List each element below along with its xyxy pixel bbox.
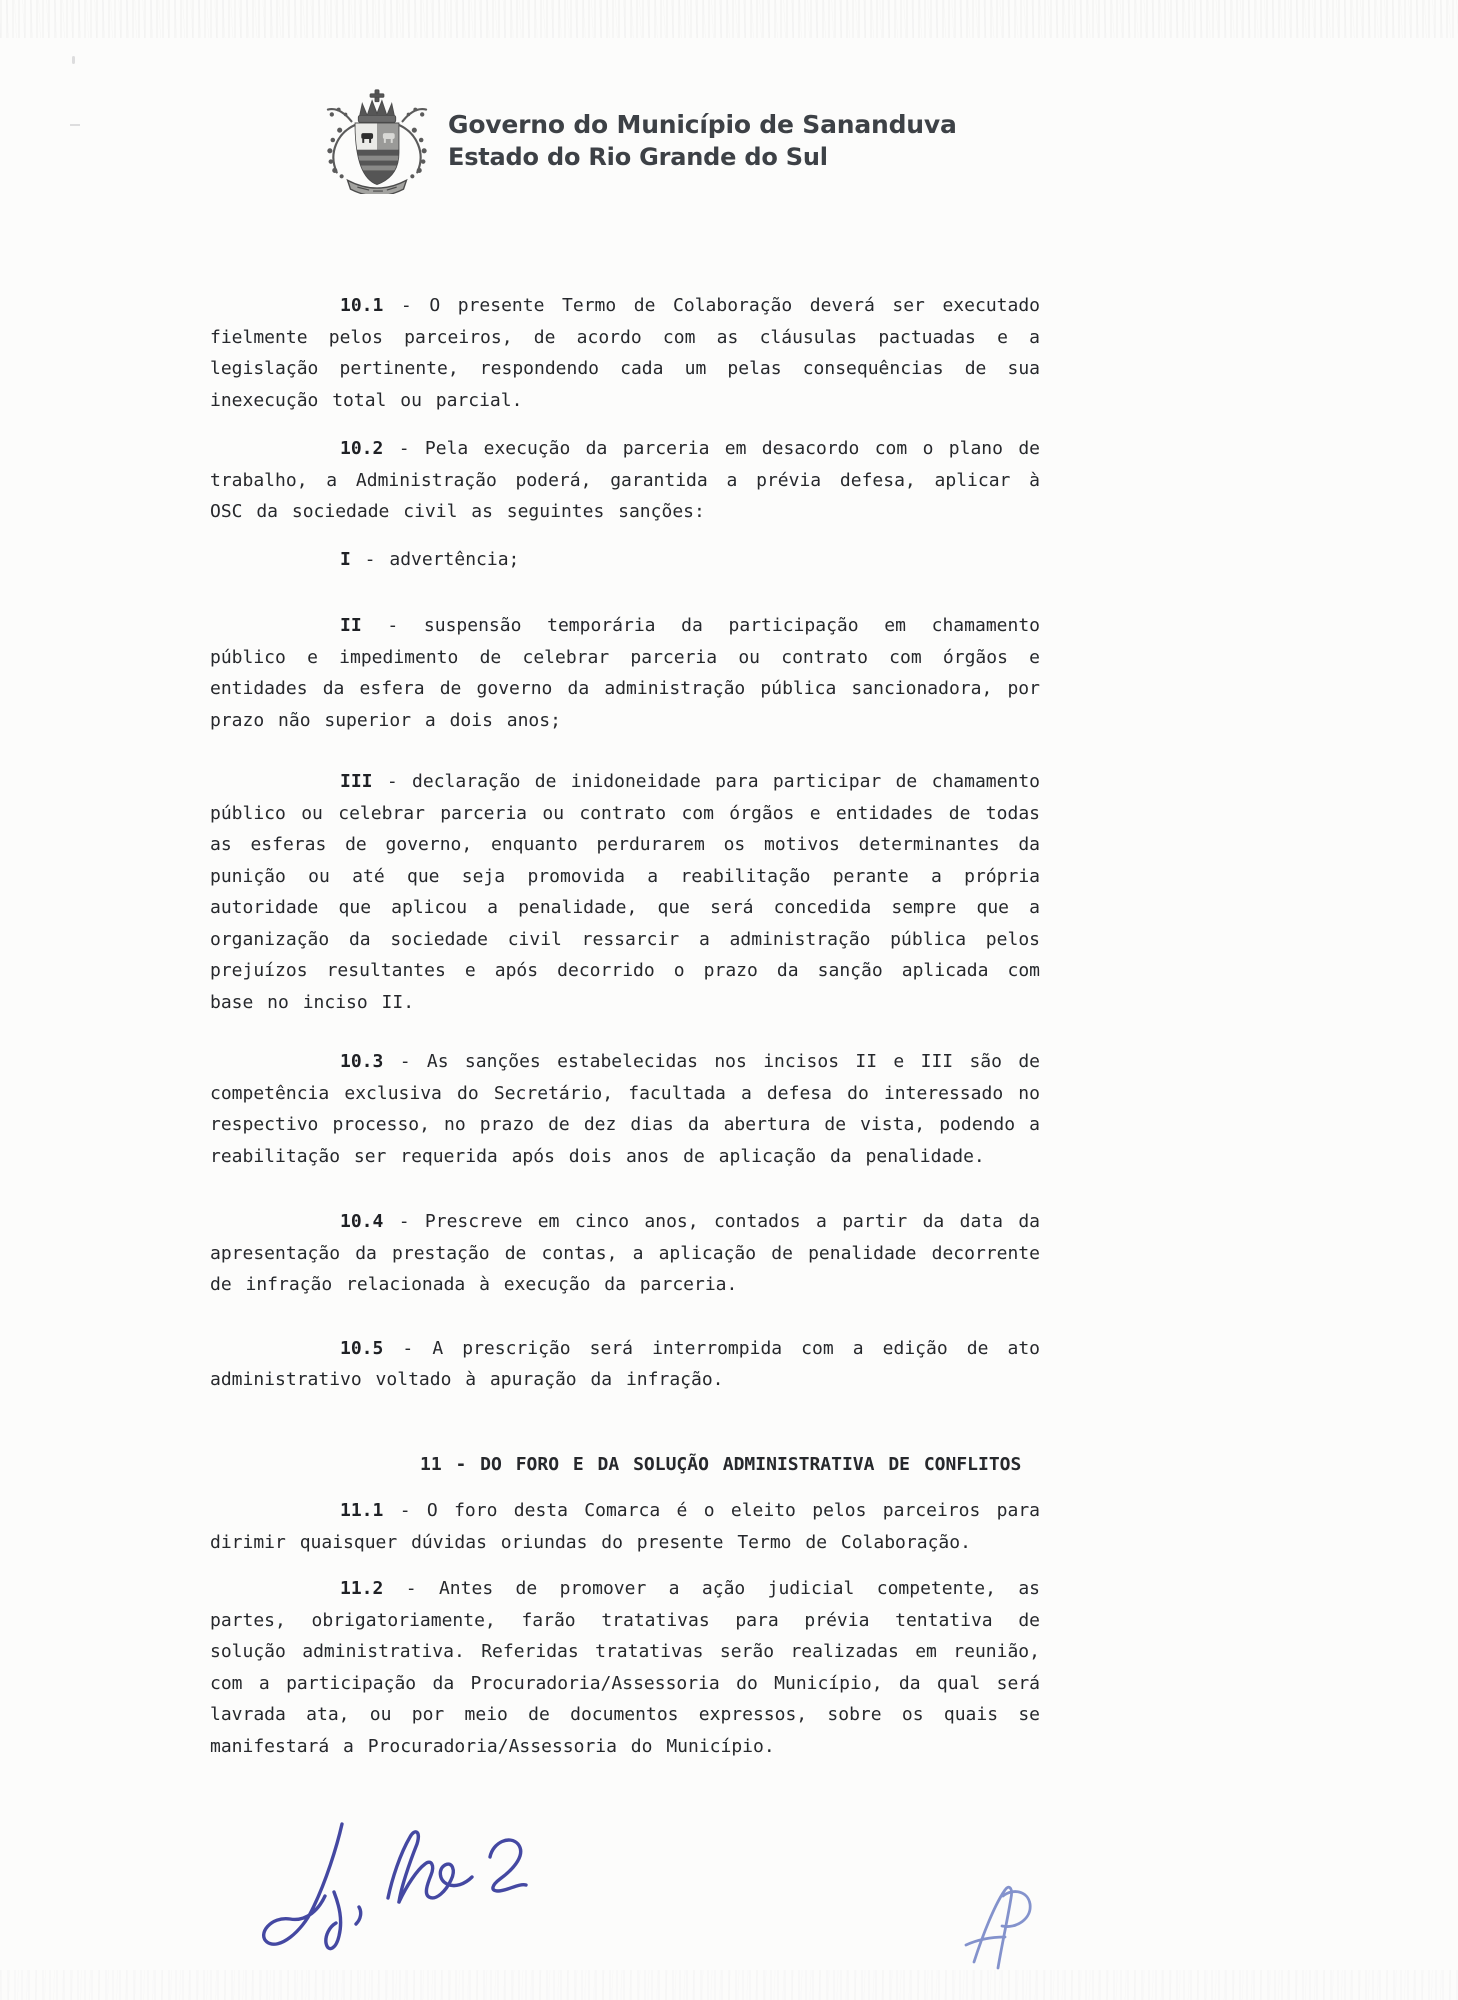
document-body: 10.1 - O presente Termo de Colaboração d… [210, 290, 1040, 1762]
clause-10-1: 10.1 - O presente Termo de Colaboração d… [210, 290, 1040, 416]
municipal-coat-of-arms-icon [318, 84, 436, 194]
gov-title-line2: Estado do Rio Grande do Sul [448, 141, 957, 174]
clause-iii: III - declaração de inidoneidade para pa… [210, 766, 1040, 1018]
clause-ii: II - suspensão temporária da participaçã… [210, 610, 1040, 736]
clause-i: I - advertência; [210, 544, 1040, 576]
clause-11-1: 11.1 - O foro desta Comarca é o eleito p… [210, 1495, 1040, 1558]
clause-10-2: 10.2 - Pela execução da parceria em desa… [210, 433, 1040, 528]
scanned-document-page: Governo do Município de Sananduva Estado… [0, 0, 1458, 2000]
gov-title-line1: Governo do Município de Sananduva [448, 108, 957, 141]
scan-speck [72, 56, 75, 64]
clause-10-5: 10.5 - A prescrição será interrompida co… [210, 1333, 1040, 1396]
scan-speck [70, 124, 80, 126]
handwritten-initials-icon [952, 1882, 1064, 1977]
scan-artifact-top [0, 0, 1458, 38]
clause-10-3: 10.3 - As sanções estabelecidas nos inci… [210, 1046, 1040, 1172]
handwritten-signature-icon [238, 1812, 538, 1987]
scan-artifact-bottom [0, 1970, 1458, 2000]
clause-10-4: 10.4 - Prescreve em cinco anos, contados… [210, 1206, 1040, 1301]
section-heading-11: 11 - DO FORO E DA SOLUÇÃO ADMINISTRATIVA… [420, 1449, 1040, 1481]
clause-11-2: 11.2 - Antes de promover a ação judicial… [210, 1573, 1040, 1762]
